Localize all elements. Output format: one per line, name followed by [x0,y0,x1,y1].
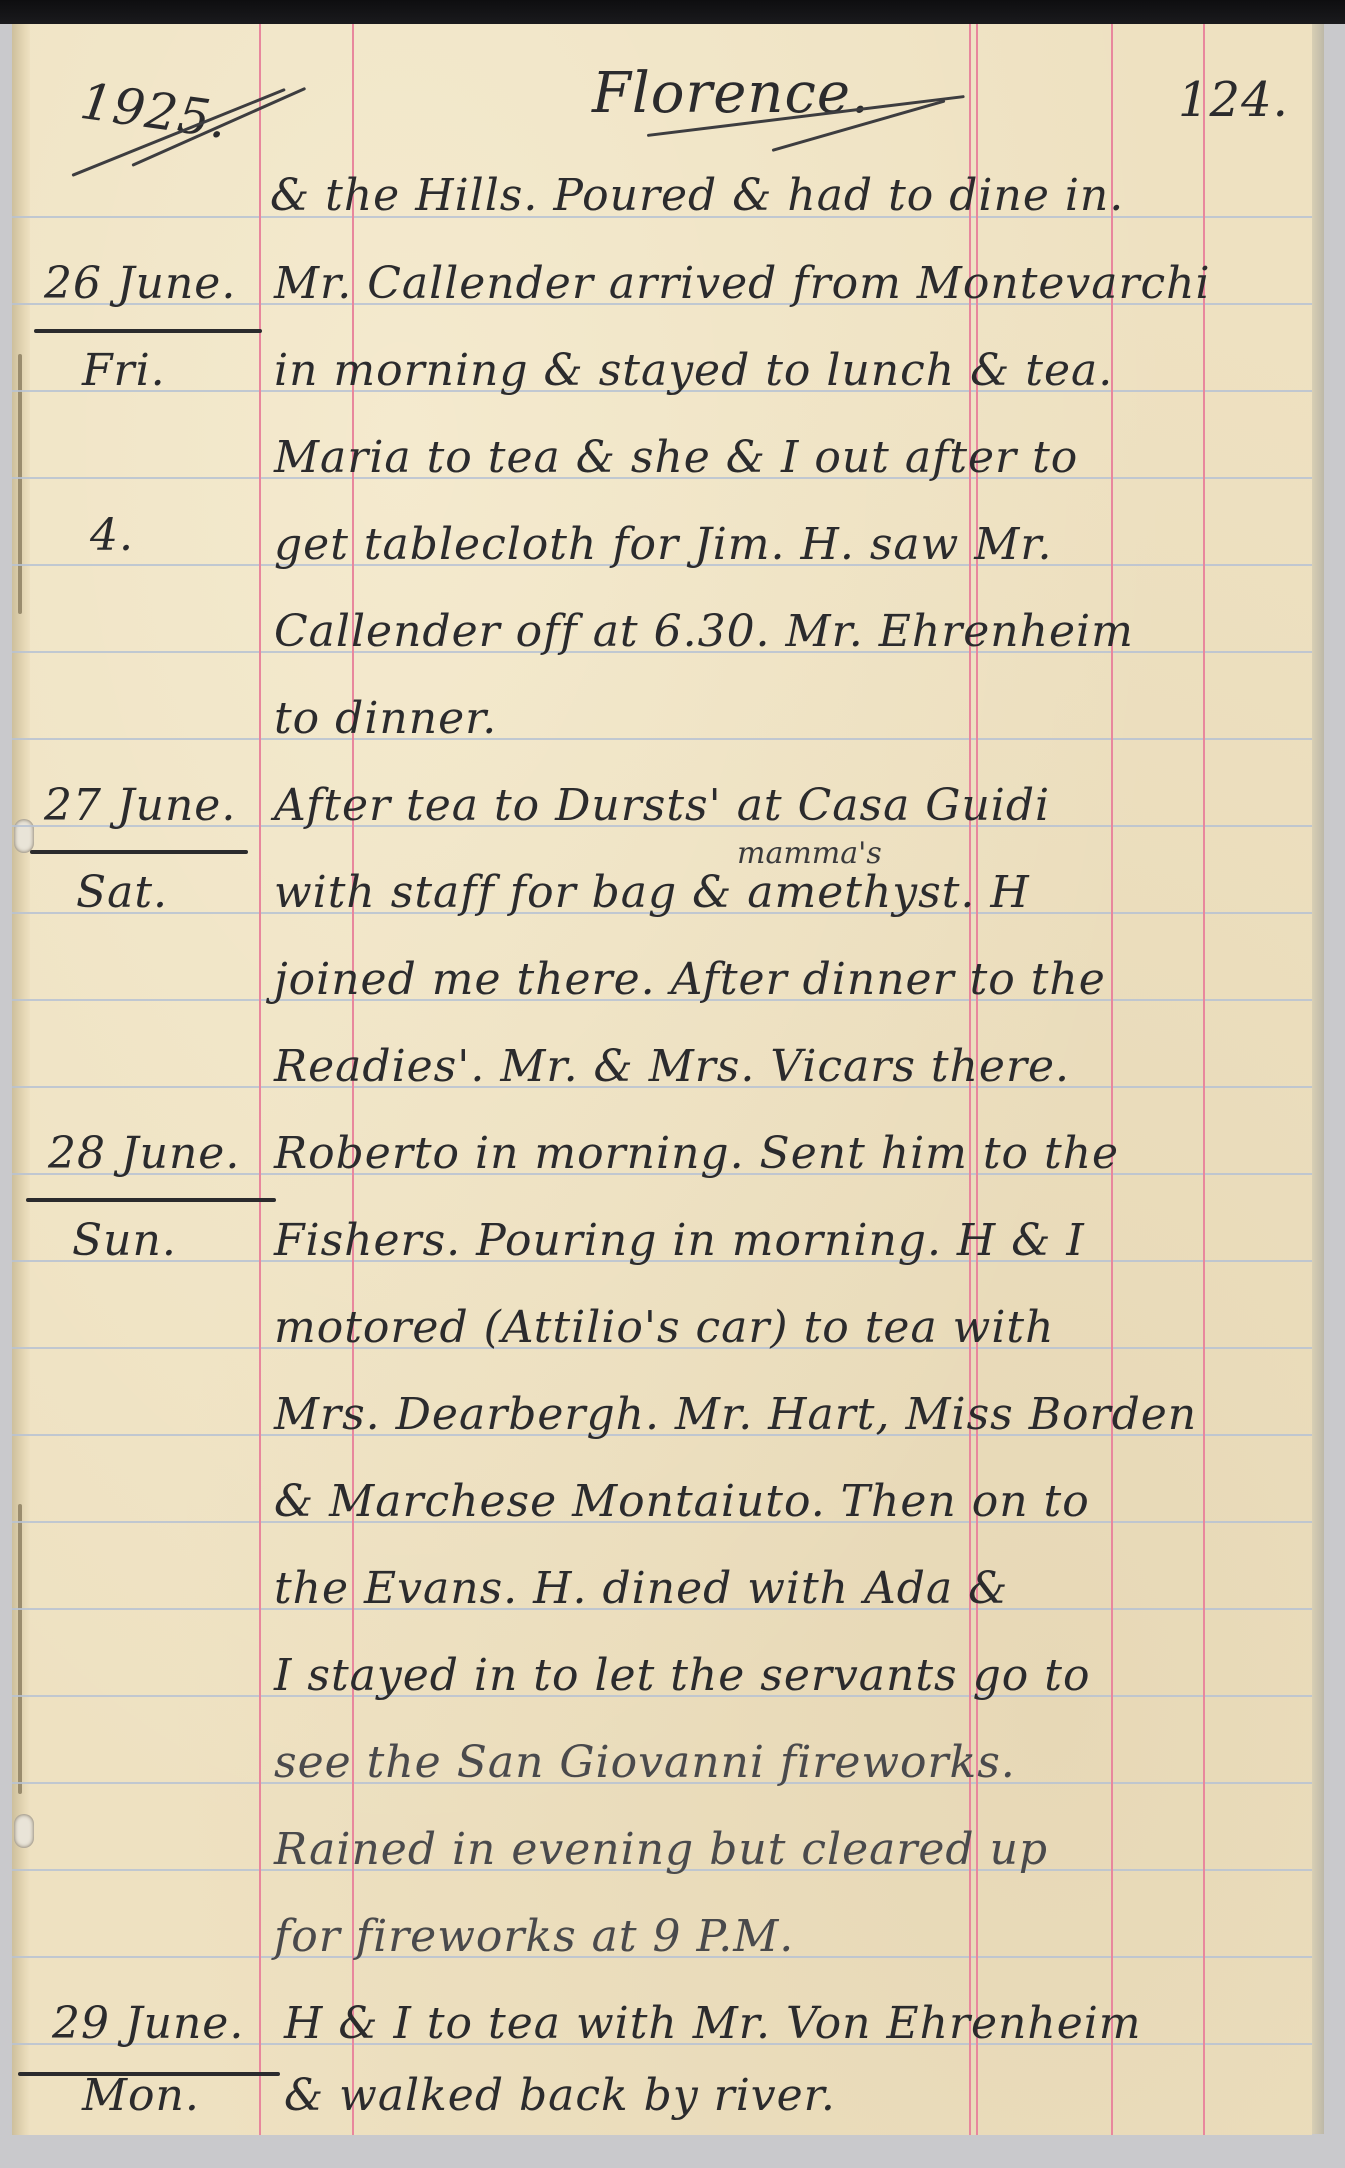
diary-line: & walked back by river. [284,2074,836,2118]
date-underline [26,1198,276,1202]
diary-line: joined me there. After dinner to the [274,958,1106,1002]
diary-line: see the San Giovanni fireworks. [274,1741,1016,1785]
diary-line: Fishers. Pouring in morning. H & I [274,1219,1085,1263]
entry-date: 27 June. [44,784,236,828]
diary-line: H & I to tea with Mr. Von Ehrenheim [284,2002,1142,2046]
diary-line: Maria to tea & she & I out after to [274,436,1078,480]
inserted-word: mamma's [737,836,882,871]
entry-date: 26 June. [44,262,236,306]
entry-note: 4. [90,514,134,558]
entry-day: Sun. [72,1219,177,1263]
binding-thread [18,1504,22,1794]
diary-line: I stayed in to let the servants go to [274,1654,1090,1698]
page-stack-edge [1312,24,1324,2134]
diary-line: Mrs. Dearbergh. Mr. Hart, Miss Borden [274,1393,1197,1437]
binding-thread [18,354,22,614]
diary-line: & Marchese Montaiuto. Then on to [274,1480,1090,1524]
year-heading: 1925. [77,76,231,146]
entry-date: 28 June. [48,1132,240,1176]
diary-line: Callender off at 6.30. Mr. Ehrenheim [274,610,1134,654]
diary-line: Readies'. Mr. & Mrs. Vicars there. [274,1045,1070,1089]
diary-line: Roberto in morning. Sent him to the [274,1132,1119,1176]
ruled-line [12,738,1312,740]
entry-day: Sat. [76,871,168,915]
diary-line: the Evans. H. dined with Ada & [274,1567,1008,1611]
diary-line: in morning & stayed to lunch & tea. [274,349,1113,393]
column-line [1203,24,1205,2135]
date-underline [30,850,248,854]
entry-day: Mon. [82,2074,200,2118]
date-underline [34,329,262,333]
notebook-page: 1925. Florence. 124. & the Hills. Poured… [12,24,1312,2135]
entry-date: 29 June. [52,2002,244,2046]
diary-line: & the Hills. Poured & had to dine in. [270,174,1124,218]
page-binding [12,24,30,2135]
entry-day: Fri. [82,349,166,393]
margin-line [259,24,261,2135]
diary-line: Rained in evening but cleared up [274,1828,1048,1872]
page-number: 124. [1178,76,1289,124]
diary-line: Mr. Callender arrived from Montevarchi [274,262,1211,306]
diary-line: with staff for bag & amethyst. H [274,871,1030,915]
column-line [1111,24,1113,2135]
diary-line: for fireworks at 9 P.M. [274,1915,794,1959]
diary-line: After tea to Dursts' at Casa Guidi [274,784,1050,828]
diary-line: to dinner. [274,697,497,741]
scanner-top-edge [0,0,1345,24]
diary-line: motored (Attilio's car) to tea with [274,1306,1054,1350]
binding-hole [14,1814,34,1848]
diary-line: get tablecloth for Jim. H. saw Mr. [274,523,1053,567]
